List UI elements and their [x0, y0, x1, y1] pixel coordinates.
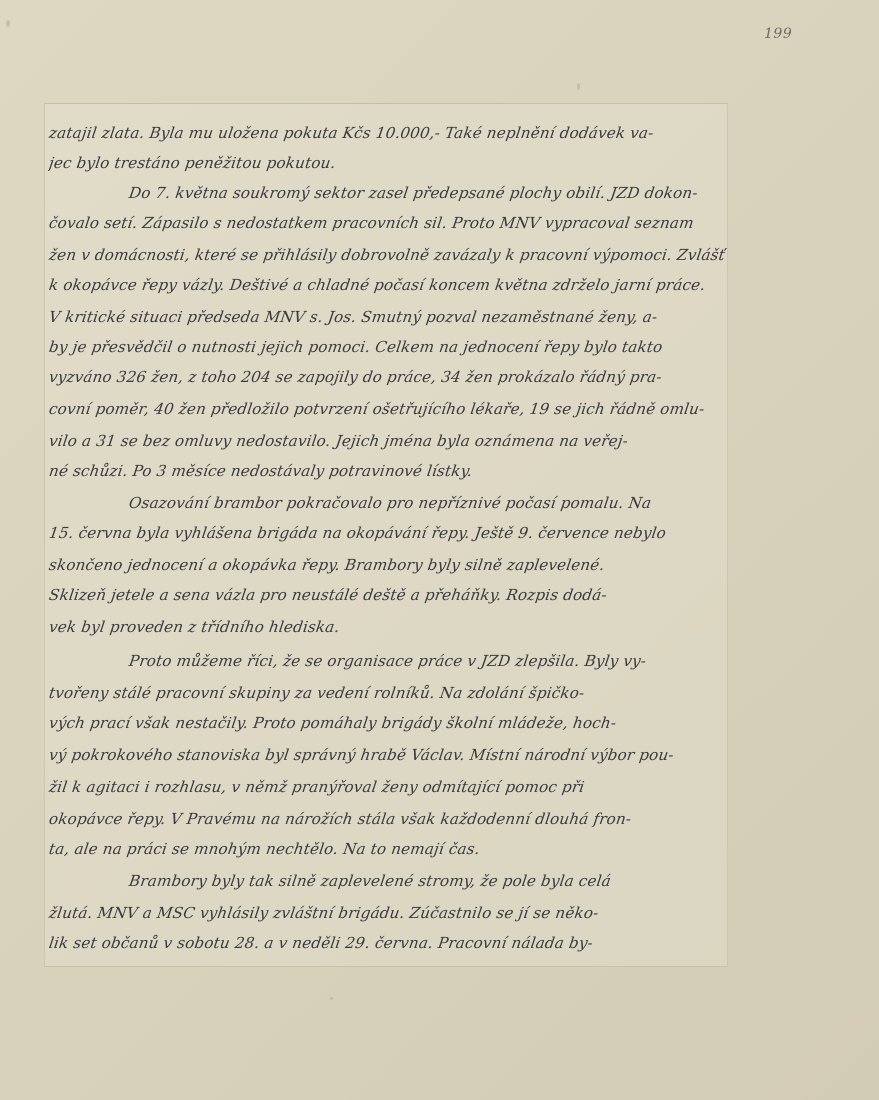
text-line-3: Do 7. května soukromý sektor zasel přede… — [47, 178, 731, 208]
paper-smudge — [6, 20, 10, 27]
chronicle-page: 199 zatajil zlata. Byla mu uložena pokut… — [0, 0, 879, 1100]
text-line-1: zatajil zlata. Byla mu uložena pokuta Kč… — [47, 118, 731, 148]
text-line-4: čovalo setí. Zápasilo s nedostatkem prac… — [47, 208, 731, 238]
text-line-13: Osazování brambor pokračovalo pro nepříz… — [47, 488, 731, 518]
text-line-17: vek byl proveden z třídního hlediska. — [47, 612, 731, 642]
text-line-27: lik set občanů v sobotu 28. a v neděli 2… — [47, 928, 731, 958]
paper-smudge — [330, 997, 333, 1000]
text-line-9: vyzváno 326 žen, z toho 204 se zapojily … — [47, 362, 731, 392]
text-line-2: jec bylo trestáno peněžitou pokutou. — [47, 148, 731, 178]
page-number: 199 — [764, 26, 792, 42]
text-line-14: 15. června byla vyhlášena brigáda na oko… — [47, 518, 731, 548]
text-line-25: Brambory byly tak silně zaplevelené stro… — [47, 866, 731, 896]
text-line-18: Proto můžeme říci, že se organisace prác… — [47, 646, 731, 676]
text-line-5: žen v domácnosti, které se přihlásily do… — [47, 240, 731, 270]
text-line-16: Sklizeň jetele a sena vázla pro neustálé… — [47, 580, 731, 610]
text-line-10: covní poměr, 40 žen předložilo potvrzení… — [47, 394, 731, 424]
text-line-26: žlutá. MNV a MSC vyhlásily zvláštní brig… — [47, 898, 731, 928]
text-line-24: ta, ale na práci se mnohým nechtělo. Na … — [47, 834, 731, 864]
paper-smudge — [577, 83, 580, 90]
text-line-15: skončeno jednocení a okopávka řepy. Bram… — [47, 550, 731, 580]
text-line-21: vý pokrokového stanoviska byl správný hr… — [47, 740, 731, 770]
handwritten-text-area: zatajil zlata. Byla mu uložena pokuta Kč… — [44, 103, 728, 967]
text-line-11: vilo a 31 se bez omluvy nedostavilo. Jej… — [47, 426, 731, 456]
text-line-7: V kritické situaci předseda MNV s. Jos. … — [47, 302, 731, 332]
text-line-12: né schůzi. Po 3 měsíce nedostávaly potra… — [47, 456, 731, 486]
text-line-20: vých prací však nestačily. Proto pomáhal… — [47, 708, 731, 738]
text-line-19: tvořeny stálé pracovní skupiny za vedení… — [47, 678, 731, 708]
text-line-22: žil k agitaci i rozhlasu, v němž pranýřo… — [47, 772, 731, 802]
text-line-6: k okopávce řepy vázly. Deštivé a chladné… — [47, 270, 731, 300]
text-line-8: by je přesvědčil o nutnosti jejich pomoc… — [47, 332, 731, 362]
text-line-23: okopávce řepy. V Pravému na nárožích stá… — [47, 804, 731, 834]
